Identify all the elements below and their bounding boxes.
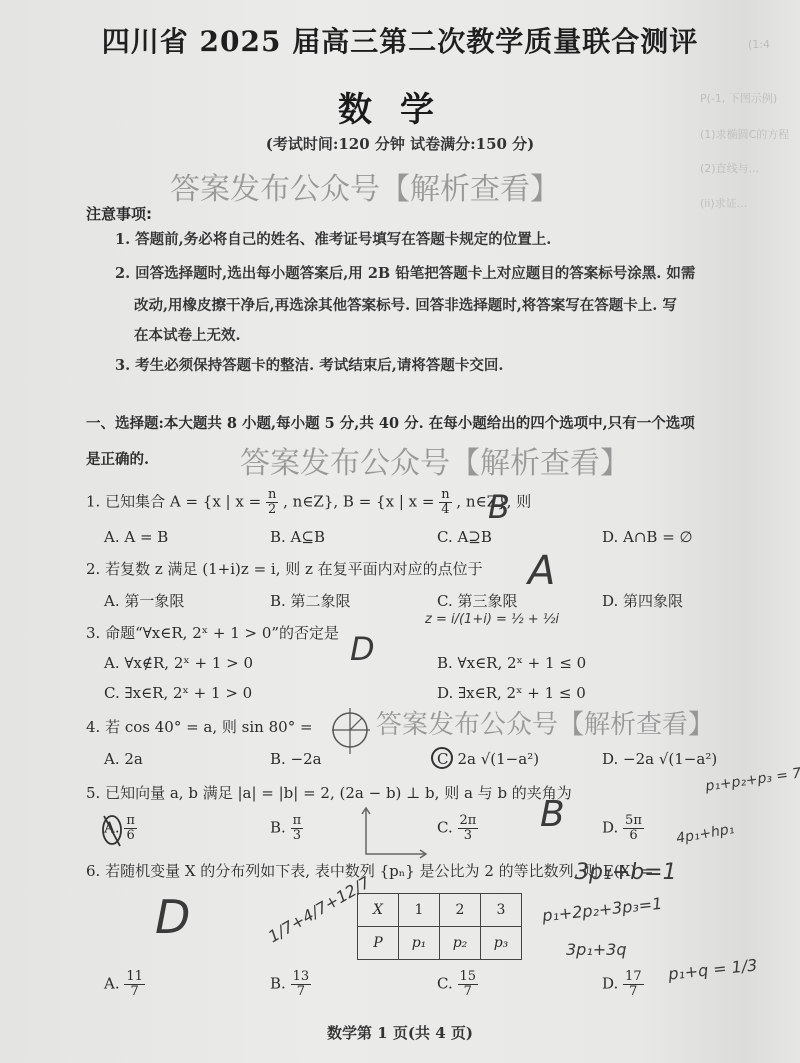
option-label: C. <box>437 975 453 993</box>
watermark: 答案发布公众号【解析查看】 <box>240 438 630 482</box>
q2-option-a: A. 第一象限 <box>104 590 184 611</box>
frac-den: 3 <box>293 829 301 843</box>
fraction: 157 <box>458 970 479 999</box>
frac-num: 15 <box>458 970 479 985</box>
handwritten-answer: B <box>540 794 565 835</box>
page-footer: 数学第 1 页(共 4 页) <box>0 1022 800 1043</box>
frac-num: n <box>266 488 278 503</box>
q1-option-a: A. A = B <box>104 528 168 546</box>
handwritten-work: p₁+q = 1/3 <box>667 955 758 983</box>
handwritten-work: z = i/(1+i) = ½ + ½i <box>425 612 559 627</box>
option-label: C. <box>437 819 453 837</box>
q6-option-a: A. 117 <box>104 970 145 999</box>
table-row: P p₁ p₂ p₃ <box>358 927 522 960</box>
fraction: n2 <box>266 488 278 517</box>
frac-den: 4 <box>441 503 449 517</box>
answer-slash-mark-icon <box>100 812 126 848</box>
frac-num: 5π <box>623 814 644 829</box>
q5-option-b: B. π3 <box>270 814 303 843</box>
question-1-stem: 1. 已知集合 A = {x | x = n2 , n∈Z}, B = {x |… <box>86 488 531 517</box>
option-label: D. <box>602 819 618 837</box>
table-cell: p₁ <box>399 927 440 960</box>
frac-den: 7 <box>464 985 472 999</box>
notice-item: 在本试卷上无效. <box>134 324 241 345</box>
frac-num: 2π <box>458 814 479 829</box>
handwritten-circle-diagram-icon <box>328 706 374 756</box>
handwritten-work: p₁+p₂+p₃ = 7+4p <box>704 761 800 794</box>
frac-den: 7 <box>629 985 637 999</box>
q6-option-d: D. 177 <box>602 970 644 999</box>
fraction: 2π3 <box>458 814 479 843</box>
fraction: π3 <box>291 814 304 843</box>
option-label: B. <box>270 975 286 993</box>
handwritten-work: 3p₁+b=1 <box>575 860 677 885</box>
q1-option-b: B. A⊆B <box>270 528 325 546</box>
question-3-stem: 3. 命题“∀x∈R, 2ˣ + 1 > 0”的否定是 <box>86 622 339 643</box>
option-label: A. <box>104 975 120 993</box>
frac-den: 7 <box>131 985 139 999</box>
q5-option-d: D. 5π6 <box>602 814 644 843</box>
frac-num: n <box>439 488 451 503</box>
frac-num: 13 <box>291 970 312 985</box>
q3-option-c: C. ∃x∈R, 2ˣ + 1 > 0 <box>104 684 252 702</box>
handwritten-work: 3p₁+3q <box>566 940 627 959</box>
table-row: X 1 2 3 <box>358 894 522 927</box>
notice-heading: 注意事项: <box>86 203 152 224</box>
q6-option-b: B. 137 <box>270 970 311 999</box>
watermark: 答案发布公众号【解析查看】 <box>170 164 560 208</box>
distribution-table: X 1 2 3 P p₁ p₂ p₃ <box>357 893 522 960</box>
q1-option-d: D. A∩B = ∅ <box>602 528 693 546</box>
exam-meta: (考试时间:120 分钟 试卷满分:150 分) <box>0 133 800 154</box>
q4-option-b: B. −2a <box>270 750 322 768</box>
q3-option-d: D. ∃x∈R, 2ˣ + 1 ≤ 0 <box>437 684 586 702</box>
table-cell: X <box>358 894 399 927</box>
bleed-through-text: (2)直线与... <box>700 160 759 176</box>
q6-option-c: C. 157 <box>437 970 478 999</box>
table-cell: P <box>358 927 399 960</box>
frac-den: 6 <box>127 829 135 843</box>
frac-den: 3 <box>464 829 472 843</box>
q4-option-d: D. −2a √(1−a²) <box>602 750 717 768</box>
table-cell: p₂ <box>440 927 481 960</box>
subject-title: 数学 <box>0 82 800 131</box>
notice-item: 2. 回答选择题时,选出每小题答案后,用 2B 铅笔把答题卡上对应题目的答案标号… <box>115 262 695 283</box>
stem-part: 1. 已知集合 A = {x | x = <box>86 493 261 511</box>
handwritten-axes-sketch-icon <box>356 804 436 860</box>
frac-den: 6 <box>629 829 637 843</box>
section-heading-cont: 是正确的. <box>86 448 149 469</box>
option-label: D. <box>602 975 618 993</box>
q4-option-a: A. 2a <box>104 750 143 768</box>
fraction: 5π6 <box>623 814 644 843</box>
section-heading: 一、选择题:本大题共 8 小题,每小题 5 分,共 40 分. 在每小题给出的四… <box>86 412 695 433</box>
fraction: 137 <box>291 970 312 999</box>
q2-option-d: D. 第四象限 <box>602 590 683 611</box>
q1-option-c: C. A⊇B <box>437 528 492 546</box>
notice-item: 3. 考生必须保持答题卡的整洁. 考试结束后,请将答题卡交回. <box>115 354 503 375</box>
handwritten-answer: D <box>155 890 190 944</box>
bleed-through-text: (ii)求证... <box>700 195 747 211</box>
table-cell: 2 <box>440 894 481 927</box>
notice-item: 1. 答题前,务必将自己的姓名、准考证号填写在答题卡规定的位置上. <box>115 228 551 249</box>
fraction: n4 <box>439 488 451 517</box>
question-4-stem: 4. 若 cos 40° = a, 则 sin 80° = <box>86 716 313 737</box>
frac-num: 11 <box>124 970 145 985</box>
stem-part: , n∈Z}, B = {x | x = <box>283 493 434 511</box>
frac-num: π <box>291 814 304 829</box>
frac-den: 2 <box>268 503 276 517</box>
option-label: B. <box>270 819 286 837</box>
handwritten-answer: D <box>350 630 375 668</box>
handwritten-answer: A <box>528 548 555 594</box>
question-6-stem: 6. 若随机变量 X 的分布列如下表, 表中数列 {pₙ} 是公比为 2 的等比… <box>86 860 654 881</box>
handwritten-work: 4p₁+hp₁ <box>675 821 735 847</box>
notice-item: 改动,用橡皮擦干净后,再选涂其他答案标号. 回答非选择题时,将答案写在答题卡上.… <box>134 294 677 315</box>
handwritten-answer: B <box>488 488 510 526</box>
q2-option-c: C. 第三象限 <box>437 590 517 611</box>
table-cell: p₃ <box>481 927 522 960</box>
table-cell: 3 <box>481 894 522 927</box>
table-cell: 1 <box>399 894 440 927</box>
question-5-stem: 5. 已知向量 a, b 满足 |a| = |b| = 2, (2a − b) … <box>86 782 572 803</box>
answer-circle-mark-icon <box>430 746 454 770</box>
fraction: 177 <box>623 970 644 999</box>
q3-option-a: A. ∀x∉R, 2ˣ + 1 > 0 <box>104 654 253 672</box>
handwritten-work: p₁+2p₂+3p₃=1 <box>541 894 663 925</box>
question-2-stem: 2. 若复数 z 满足 (1+i)z = i, 则 z 在复平面内对应的点位于 <box>86 558 483 579</box>
frac-den: 7 <box>297 985 305 999</box>
q2-option-b: B. 第二象限 <box>270 590 351 611</box>
q5-option-c: C. 2π3 <box>437 814 478 843</box>
q3-option-b: B. ∀x∈R, 2ˣ + 1 ≤ 0 <box>437 654 586 672</box>
frac-num: 17 <box>623 970 644 985</box>
exam-title: 四川省 2025 届高三第二次教学质量联合测评 <box>0 20 800 60</box>
watermark: 答案发布公众号【解析查看】 <box>376 704 714 741</box>
fraction: π6 <box>124 814 137 843</box>
fraction: 117 <box>124 970 145 999</box>
frac-num: π <box>124 814 137 829</box>
